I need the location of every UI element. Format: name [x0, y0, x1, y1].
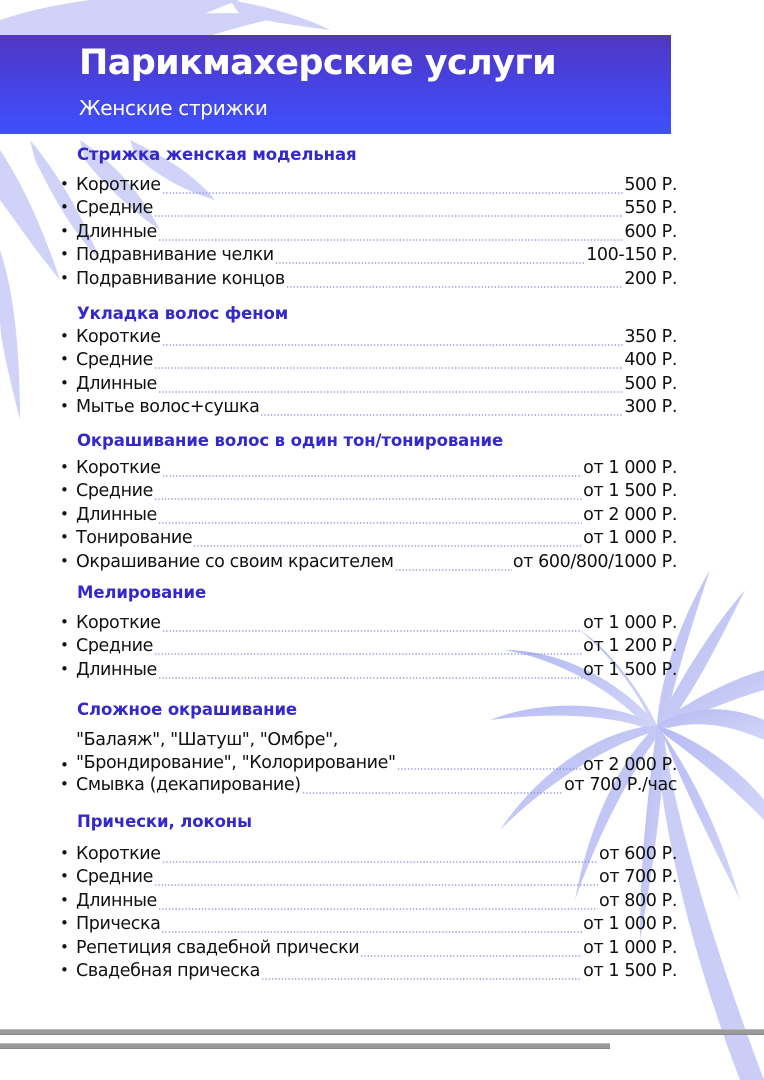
dot-leader	[162, 192, 624, 194]
dot-leader	[162, 344, 624, 346]
dot-leader	[154, 498, 582, 500]
dot-leader	[158, 522, 582, 524]
service-name: "Балаяж", "Шатуш", "Омбре",	[76, 729, 396, 752]
service-price: от 1 000 Р.	[583, 938, 677, 958]
dot-leader	[162, 630, 583, 632]
bullet-icon: •	[60, 175, 76, 193]
price-row: •Средниеот 1 500 Р.	[60, 481, 677, 505]
service-name: Короткие	[76, 175, 161, 195]
dot-leader	[193, 545, 582, 547]
service-price: от 1 500 Р.	[583, 481, 677, 501]
dot-leader	[158, 391, 623, 393]
page-header-banner: Парикмахерские услуги Женские стрижки	[0, 35, 671, 134]
price-row: •Свадебная прическаот 1 500 Р.	[60, 961, 677, 985]
price-row: •Средниеот 700 Р.	[60, 867, 677, 891]
service-price: от 700 Р.	[599, 867, 677, 887]
price-row: •Мытье волос+сушка300 Р.	[60, 397, 677, 421]
service-name: Подравнивание концов	[76, 269, 285, 289]
price-row: •Тонированиеот 1 000 Р.	[60, 528, 677, 552]
dot-leader	[154, 884, 598, 886]
price-row: •Подравнивание концов200 Р.	[60, 269, 677, 293]
service-price: 500 Р.	[624, 374, 677, 394]
price-row: •Короткиеот 1 000 Р.	[60, 458, 677, 482]
dot-leader	[286, 286, 624, 288]
service-price: от 800 Р.	[599, 891, 677, 911]
service-name: Средние	[76, 867, 153, 887]
page-title: Парикмахерские услуги	[79, 43, 556, 83]
dot-leader	[261, 978, 582, 980]
service-name: Смывка (декапирование)	[76, 775, 301, 795]
bullet-icon: •	[60, 269, 76, 287]
dot-leader	[360, 955, 582, 957]
section-title: Стрижка женская модельная	[77, 145, 357, 164]
price-row: •Длинныеот 2 000 Р.	[60, 505, 677, 529]
bullet-icon: •	[60, 914, 76, 932]
dot-leader	[154, 367, 623, 369]
dot-leader	[154, 653, 582, 655]
service-name: Средние	[76, 350, 153, 370]
dot-leader	[275, 262, 585, 264]
bullet-icon: •	[60, 636, 76, 654]
price-row: •Длинныеот 800 Р.	[60, 891, 677, 915]
price-row: •Средние400 Р.	[60, 350, 677, 374]
section-title: Сложное окрашивание	[77, 700, 297, 719]
dot-leader	[302, 792, 563, 794]
dot-leader	[158, 908, 598, 910]
price-row: •Подравнивание челки100-150 Р.	[60, 245, 677, 269]
service-price: от 1 500 Р.	[583, 660, 677, 680]
footer-divider-long	[0, 1029, 764, 1035]
service-name: Средние	[76, 481, 153, 501]
service-price: 200 Р.	[624, 269, 677, 289]
service-price: от 1 500 Р.	[583, 961, 677, 981]
service-price: 550 Р.	[624, 198, 677, 218]
price-row: •Средниеот 1 200 Р.	[60, 636, 677, 660]
price-row: •Короткие350 Р.	[60, 327, 677, 351]
dot-leader	[154, 215, 623, 217]
bullet-icon: •	[60, 458, 76, 476]
price-row: •Короткиеот 1 000 Р.	[60, 613, 677, 637]
price-row: •Длинныеот 1 500 Р.	[60, 660, 677, 684]
dot-leader	[161, 931, 582, 933]
service-name: Длинные	[76, 222, 157, 242]
service-price: от 1 000 Р.	[583, 458, 677, 478]
bullet-icon: •	[60, 397, 76, 415]
bullet-icon: •	[60, 756, 76, 774]
service-name: Средние	[76, 636, 153, 656]
bullet-icon: •	[60, 327, 76, 345]
service-price: от 600 Р.	[599, 844, 677, 864]
bullet-icon: •	[60, 891, 76, 909]
service-name: Длинные	[76, 505, 157, 525]
service-name: Длинные	[76, 891, 157, 911]
service-name: Тонирование	[76, 528, 192, 548]
service-price: 350 Р.	[624, 327, 677, 347]
service-price: от 600/800/1000 Р.	[513, 552, 677, 572]
service-name: Короткие	[76, 327, 161, 347]
bullet-icon: •	[60, 481, 76, 499]
section-title: Окрашивание волос в один тон/тонирование	[77, 431, 503, 450]
bullet-icon: •	[60, 867, 76, 885]
bullet-icon: •	[60, 350, 76, 368]
price-row: •Средние550 Р.	[60, 198, 677, 222]
service-price: 500 Р.	[624, 175, 677, 195]
service-name: Короткие	[76, 613, 161, 633]
bullet-icon: •	[60, 374, 76, 392]
service-name: Короткие	[76, 844, 161, 864]
service-name: Окрашивание со своим красителем	[76, 552, 394, 572]
service-price: 600 Р.	[624, 222, 677, 242]
service-name: Длинные	[76, 374, 157, 394]
bullet-icon: •	[60, 505, 76, 523]
service-price: от 1 000 Р.	[583, 528, 677, 548]
service-name: Подравнивание челки	[76, 245, 274, 265]
bullet-icon: •	[60, 660, 76, 678]
service-name: Репетиция свадебной прически	[76, 938, 359, 958]
bullet-icon: •	[60, 961, 76, 979]
dot-leader	[162, 475, 583, 477]
section-title: Мелирование	[77, 583, 206, 602]
service-name: Средние	[76, 198, 153, 218]
dot-leader	[397, 768, 583, 770]
footer-divider-short	[0, 1043, 610, 1049]
service-price: 100-150 Р.	[586, 245, 677, 265]
price-row: •Репетиция свадебной прическиот 1 000 Р.	[60, 938, 677, 962]
bullet-icon: •	[60, 844, 76, 862]
section-title: Прически, локоны	[77, 812, 252, 831]
service-price: от 700 Р./час	[564, 775, 677, 795]
service-price: 400 Р.	[624, 350, 677, 370]
service-price: от 2 000 Р.	[583, 755, 677, 775]
price-row: •Смывка (декапирование)от 700 Р./час	[60, 775, 677, 799]
dot-leader	[260, 414, 623, 416]
section-title: Укладка волос феном	[77, 304, 288, 323]
bullet-icon: •	[60, 528, 76, 546]
service-name: Длинные	[76, 660, 157, 680]
service-price: от 1 000 Р.	[583, 613, 677, 633]
service-price: от 2 000 Р.	[583, 505, 677, 525]
service-name-continued: "Брондирование", "Колорирование"	[76, 752, 396, 775]
price-row: •Длинные500 Р.	[60, 374, 677, 398]
bullet-icon: •	[60, 222, 76, 240]
dot-leader	[162, 861, 598, 863]
service-price: от 1 000 Р.	[583, 914, 677, 934]
price-row: •Прическаот 1 000 Р.	[60, 914, 677, 938]
price-row: •Короткие500 Р.	[60, 175, 677, 199]
price-row: •Короткиеот 600 Р.	[60, 844, 677, 868]
dot-leader	[158, 239, 623, 241]
service-name: Мытье волос+сушка	[76, 397, 259, 417]
dot-leader	[395, 569, 512, 571]
service-name: Прическа	[76, 914, 160, 934]
price-row: •Длинные600 Р.	[60, 222, 677, 246]
bullet-icon: •	[60, 938, 76, 956]
price-row: •"Балаяж", "Шатуш", "Омбре","Брондирован…	[60, 729, 677, 775]
price-row: •Окрашивание со своим красителемот 600/8…	[60, 552, 677, 576]
bullet-icon: •	[60, 775, 76, 793]
service-name: Свадебная прическа	[76, 961, 260, 981]
bullet-icon: •	[60, 198, 76, 216]
dot-leader	[158, 677, 582, 679]
page-subtitle: Женские стрижки	[79, 96, 268, 120]
service-name: Короткие	[76, 458, 161, 478]
service-price: от 1 200 Р.	[583, 636, 677, 656]
bullet-icon: •	[60, 552, 76, 570]
bullet-icon: •	[60, 613, 76, 631]
bullet-icon: •	[60, 245, 76, 263]
service-price: 300 Р.	[624, 397, 677, 417]
